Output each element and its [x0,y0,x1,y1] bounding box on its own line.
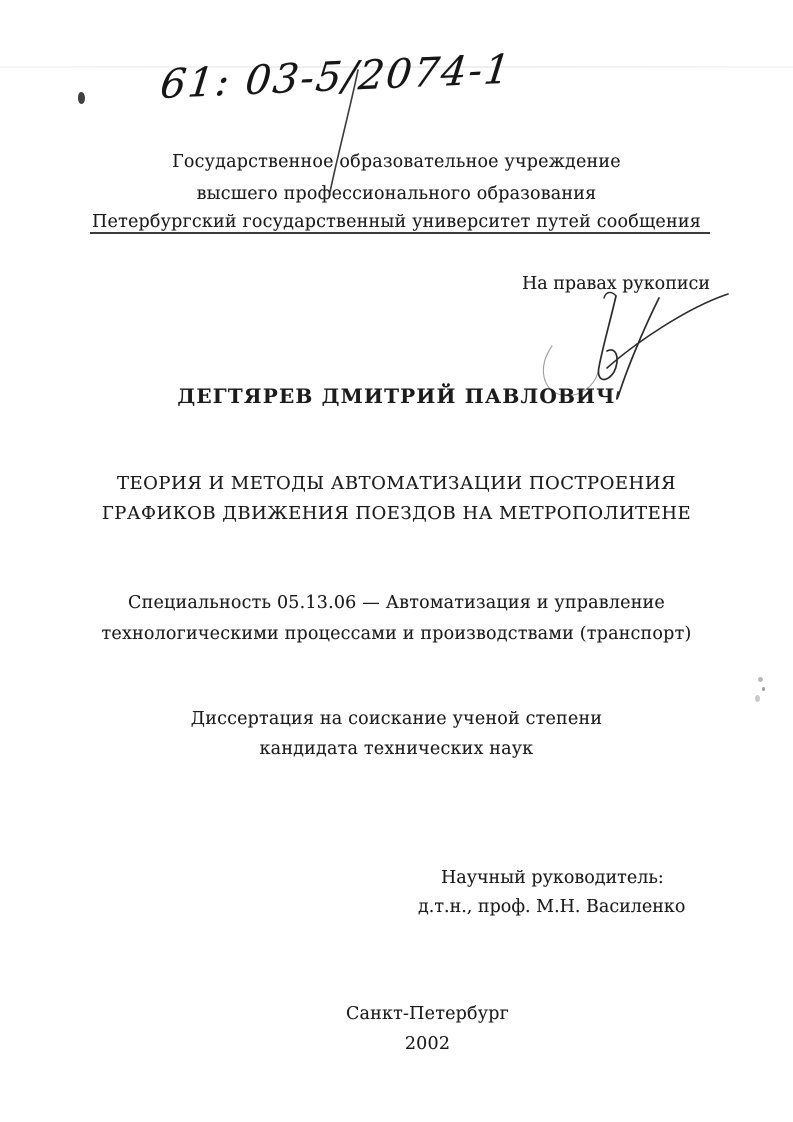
scan-speck-left-edge [78,92,85,104]
supervisor-name: д.т.н., проф. М.Н. Василенко [418,897,685,917]
dissertation-title-page: 61: 03-5/2074-1 Государственное образова… [0,0,793,1122]
author-name: ДЕГТЯРЕВ ДМИТРИЙ ПАВЛОВИЧ [0,385,793,408]
institution-line-1: Государственное образовательное учрежден… [0,152,793,172]
institution-line-2: высшего профессионального образования [0,184,793,204]
institution-line-3: Петербургский государственный университе… [0,212,793,232]
pen-stroke-slash-icon [320,66,370,196]
institution-underline-rule [90,232,710,234]
specialty-line-2: технологическими процессами и производст… [0,624,793,644]
degree-line-2: кандидата технических наук [0,739,793,759]
scan-smudge-right [755,695,760,702]
supervisor-label: Научный руководитель: [441,868,664,888]
thesis-title-line-1: ТЕОРИЯ И МЕТОДЫ АВТОМАТИЗАЦИИ ПОСТРОЕНИЯ [0,474,793,495]
degree-line-1: Диссертация на соискание ученой степени [0,709,793,729]
thesis-title-line-2: ГРАФИКОВ ДВИЖЕНИЯ ПОЕЗДОВ НА МЕТРОПОЛИТЕ… [0,504,793,525]
scan-smudge-right [762,687,765,691]
publication-city: Санкт-Петербург [62,1004,793,1024]
specialty-line-1: Специальность 05.13.06 — Автоматизация и… [0,593,793,613]
scan-smudge-right [758,677,763,682]
publication-year: 2002 [62,1034,793,1054]
